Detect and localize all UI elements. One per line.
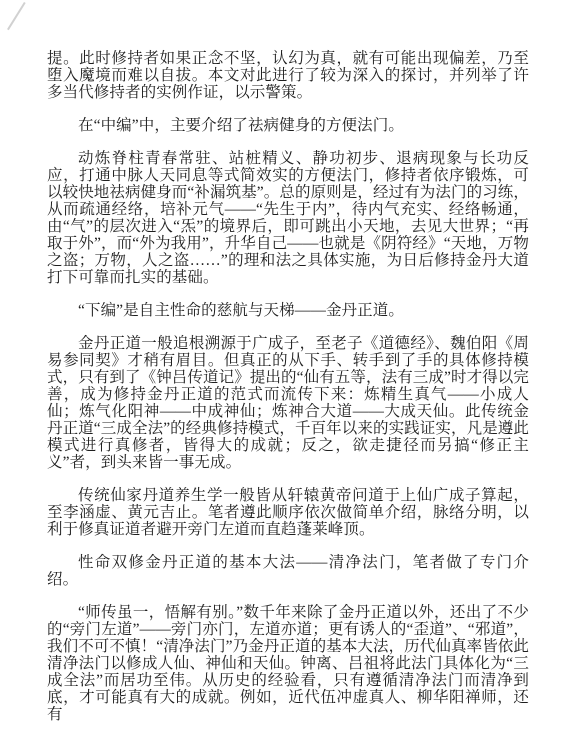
document-content: 提。此时修持者如果正念不坚，认幻为真，就有可能出现偏差，乃至堕入魔境而难以自拔。… <box>47 50 529 739</box>
document-page: 提。此时修持者如果正念不坚，认幻为真，就有可能出现偏差，乃至堕入魔境而难以自拔。… <box>0 0 565 743</box>
paragraph: 在“中编”中，主要介绍了祛病健身的方便法门。 <box>47 117 529 134</box>
scan-artifact-line <box>7 2 25 30</box>
paragraph: “师传虽一，悟解有别。”数千年来除了金丹正道以外，还出了不少的“旁门左道”——旁… <box>47 604 529 723</box>
paragraph: 性命双修金丹正道的基本大法——清净法门，笔者做了专门介绍。 <box>47 554 529 588</box>
paragraph: 传统仙家丹道养生学一般皆从轩辕黄帝问道于上仙广成子算起，至李涵虚、黄元吉止。笔者… <box>47 487 529 538</box>
paragraph: “下编”是自主性命的慈航与天梯——金丹正道。 <box>47 302 529 319</box>
paragraph: 动炼脊柱青春常驻、站桩精义、静功初步、退病现象与长功反应，打通中脉人天同息等式简… <box>47 150 529 286</box>
paragraph: 提。此时修持者如果正念不坚，认幻为真，就有可能出现偏差，乃至堕入魔境而难以自拔。… <box>47 50 529 101</box>
paragraph: 金丹正道一般追根溯源于广成子，至老子《道德经》、魏伯阳《周易参同契》才稍有眉目。… <box>47 335 529 471</box>
